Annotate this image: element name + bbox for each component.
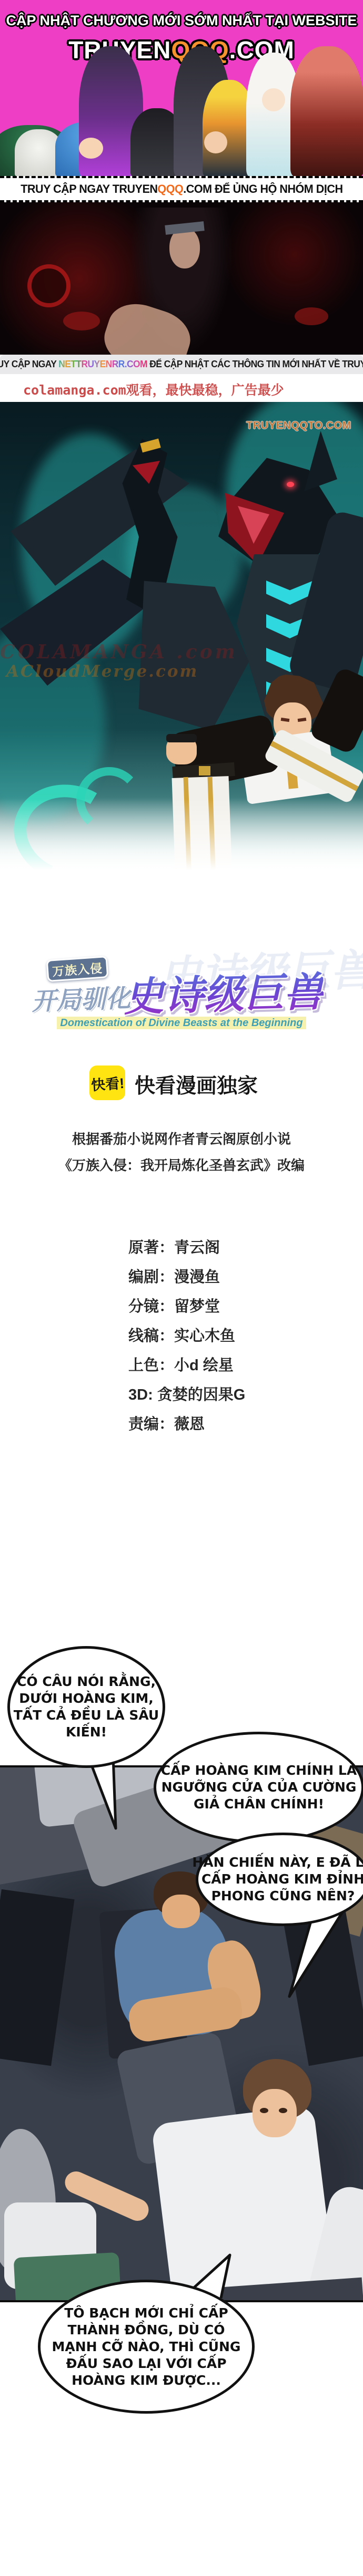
credit-editor: 责编：薇恩 [128, 1412, 205, 1434]
series-subtitle-en: Domestication of Divine Beasts at the Be… [0, 1017, 363, 1029]
whiteshirt-guy-face [253, 2089, 297, 2137]
colamanga-text: colamanga.com观看，最快最稳，广告最少 [0, 380, 284, 402]
support-pre: TRUY CẬP NGAY TRUYEN [21, 182, 157, 195]
credit-lineart: 线稿：实心木鱼 [128, 1324, 235, 1346]
news-strip: TRUY CẬP NGAY NETTRUYENRR.COM ĐỂ CẬP NHẬ… [0, 355, 363, 374]
title-credits-block: 史诗级巨兽 万族入侵 开局驯化 史诗级巨兽 Domestication of D… [0, 883, 363, 1471]
hero-glove-band [166, 734, 197, 742]
bubble3-line3: PHONG CŨNG NÊN? [211, 1888, 355, 1905]
whiteshirt-guy-eye-left [260, 2108, 268, 2113]
credit-screenwriter: 编剧：漫漫鱼 [128, 1265, 220, 1287]
dark-banner-red-cloud-1 [63, 312, 100, 330]
speech-bubble-4: TÔ BẠCH MỚI CHỈ CẤP THÀNH ĐỒNG, DÙ CÓ MẠ… [38, 2280, 255, 2414]
support-accent: QQQ [157, 182, 183, 195]
speech-bubble-2: CẤP HOÀNG KIM CHÍNH LÀ NGƯỠNG CỬA CỦA CƯ… [154, 1732, 363, 1843]
series-badge: 万族入侵 [46, 956, 109, 982]
character-pink-hair-sorcerer [290, 46, 363, 176]
kuaikan-logo-text: 快看! [90, 1071, 125, 1094]
adaptation-note-line2: 《万族入侵：我开局炼化圣兽玄武》改编 [0, 1155, 363, 1174]
news-post: ĐỂ CẬP NHẬT CÁC THÔNG TIN MỚI NHẤT VỀ TR… [147, 359, 363, 369]
bubble4-line3: MẠNH CỠ NÀO, THÌ CŨNG [52, 2339, 241, 2355]
comic-page-section: TRUYENQQTO.COM CÓ CÂU NÓI RẰNG, DƯỚI HOÀ… [0, 1471, 363, 2576]
support-strip-text: TRUY CẬP NGAY TRUYENQQQ.COM ĐỂ ỦNG HỘ NH… [21, 182, 342, 196]
bubble3-line2: CẤP HOÀNG KIM ĐỈNH [201, 1871, 363, 1888]
bubble4-line4: ĐẤU SAO LẠI VỚI CẤP [66, 2355, 226, 2372]
cover-watermark-colamanga: COLAMANGA .com [0, 641, 238, 663]
bubble1-line4: KIẾN! [66, 1724, 107, 1741]
dark-banner-sharingan [27, 264, 70, 307]
bubble2-line3: GIẢ CHÂN CHÍNH! [194, 1796, 324, 1813]
character-face-2 [204, 131, 227, 153]
bubble2-line1: CẤP HOÀNG KIM CHÍNH LÀ [161, 1762, 357, 1779]
character-face-3 [262, 88, 285, 111]
bubble1-line2: DƯỚI HOÀNG KIM, [19, 1690, 154, 1707]
bubble4-line2: THÀNH ĐỒNG, DÙ CÓ [67, 2322, 225, 2339]
promo-banner-top: CẬP NHẬT CHƯƠNG MỚI SỚM NHẤT TẠI WEBSITE… [0, 0, 363, 176]
cover-bottom-fade [0, 799, 363, 883]
dark-banner-red-cloud-2 [295, 307, 328, 325]
news-pre: TRUY CẬP NGAY [0, 359, 58, 369]
series-badge-text: 万族入侵 [52, 958, 103, 979]
series-subtitle-cn: 开局驯化 [31, 979, 131, 1018]
hero-belt-buckle [199, 766, 210, 775]
support-strip: TRUY CẬP NGAY TRUYENQQQ.COM ĐỂ ỦNG HỘ NH… [0, 176, 363, 202]
colamanga-strip: colamanga.com观看，最快最稳，广告最少 [0, 374, 363, 402]
banner-characters-art [0, 0, 363, 176]
kuaikan-logo: 快看! [89, 1065, 125, 1100]
support-post: .COM ĐỂ ỦNG HỘ NHÓM DỊCH [183, 182, 342, 195]
news-strip-text: TRUY CẬP NGAY NETTRUYENRR.COM ĐỂ CẬP NHẬ… [0, 359, 363, 370]
cover-watermark: TRUYENQQTO.COM [246, 420, 351, 432]
manga-reader-page: CẬP NHẬT CHƯƠNG MỚI SỚM NHẤT TẠI WEBSITE… [0, 0, 363, 2576]
adaptation-note-line1: 根据番茄小说网作者青云阁原创小说 [0, 1129, 363, 1148]
speech-bubble-3: HÀN CHIẾN NÀY, E ĐÃ LÀ CẤP HOÀNG KIM ĐỈN… [196, 1833, 363, 1926]
series-title-cn: 史诗级巨兽 [123, 960, 325, 1022]
credit-storyboard: 分镜：留梦堂 [128, 1295, 220, 1316]
kuaikan-exclusive-text: 快看漫画独家 [135, 1070, 258, 1099]
bubble4-line5: HOÀNG KIM ĐƯỢC... [72, 2372, 221, 2389]
cover-watermark-acloudmerge: ACloudMerge.com [6, 662, 198, 681]
bubble1-line1: CÓ CÂU NÓI RẰNG, [17, 1673, 156, 1690]
speech-bubble-1: CÓ CÂU NÓI RẰNG, DƯỚI HOÀNG KIM, TẤT CẢ … [7, 1646, 165, 1768]
series-subtitle-en-text: Domestication of Divine Beasts at the Be… [57, 1017, 306, 1029]
whiteshirt-guy-eye-right [279, 2108, 287, 2113]
promo-banner-dark: TRUY CẬP NETTRUYENRR.COM ĐỂ THEO DÕI NHI… [0, 202, 363, 355]
cover-art: TRUYENQQTO.COM COLAMANGA .com ACloudMerg… [0, 402, 363, 883]
bubble2-line2: NGƯỠNG CỬA CỦA CƯỜNG [162, 1779, 357, 1796]
character-face-1 [79, 138, 103, 159]
credit-original-author: 原著：青云阁 [128, 1236, 220, 1257]
news-brand-rainbow: NETTRUYENRR.COM [58, 359, 147, 369]
credit-coloring: 上色：小d 绘星 [128, 1353, 234, 1375]
blue-man-face [162, 1895, 200, 1928]
bubble1-line3: TẤT CẢ ĐỀU LÀ SÂU [14, 1707, 159, 1724]
bubble4-line1: TÔ BẠCH MỚI CHỈ CẤP [64, 2305, 228, 2322]
bubble3-line1: HÀN CHIẾN NÀY, E ĐÃ LÀ [192, 1854, 363, 1871]
whiteshirt-guy-shirt [151, 2105, 336, 2302]
credit-3d: 3D: 贪婪的因果G [128, 1383, 245, 1404]
dragon-right-eye [287, 482, 294, 487]
